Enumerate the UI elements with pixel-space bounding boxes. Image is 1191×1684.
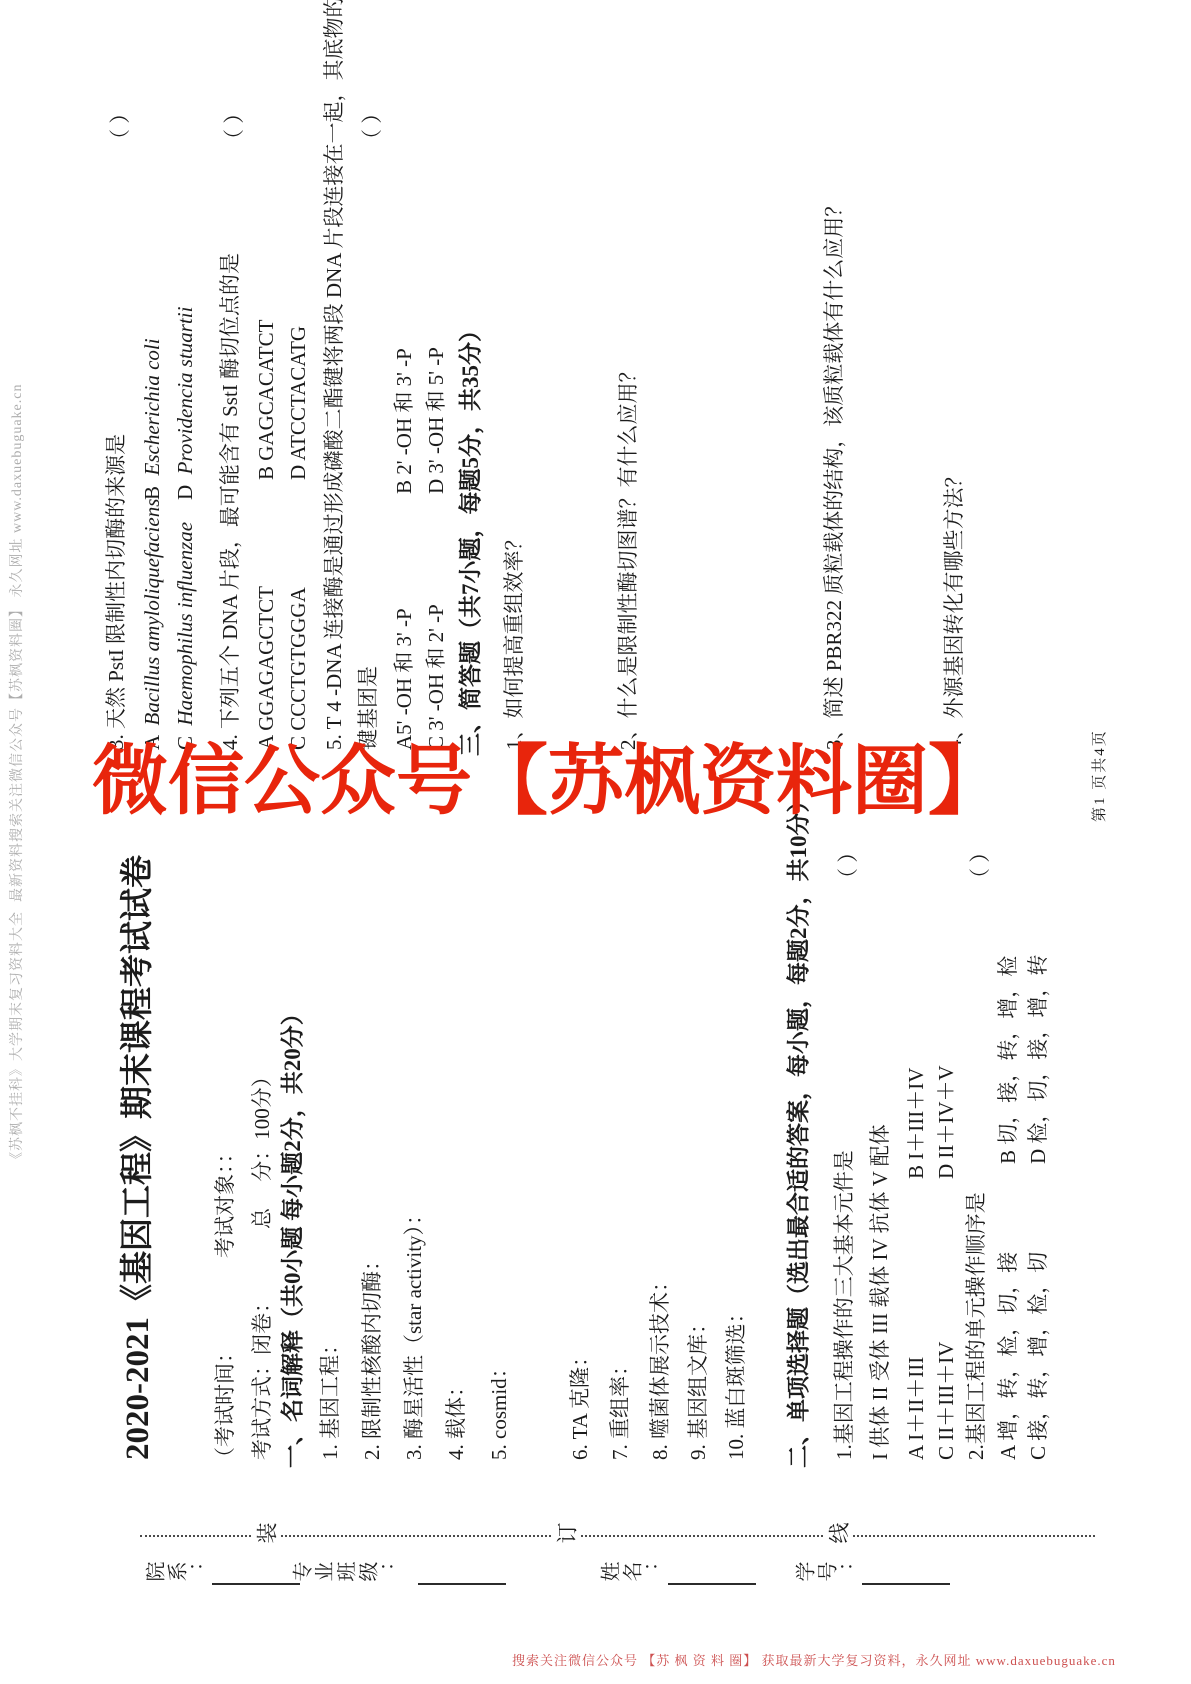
mcq2-answer-bracket: （ ）	[964, 842, 994, 889]
mcq4-answer-bracket: （ ）	[218, 103, 248, 150]
mcq3-option-b: B Escherichia coli	[140, 338, 164, 500]
mcq1-options-cd: C II＋III＋IV D II＋IV＋V	[934, 1065, 958, 1460]
mcq5-option-d: D 3' -OH 和 5' -P	[424, 347, 448, 494]
mcq3-option-d-species: Providencia stuartii	[173, 307, 197, 475]
mcq3-option-d: D Providencia stuartii	[173, 307, 197, 500]
term-1: 1. 基因工程：	[318, 1334, 342, 1460]
mcq1-option-a: A I＋II＋III	[904, 1179, 928, 1460]
mcq1-answer-bracket: （ ）	[832, 842, 862, 889]
short-answer-1: 1、如何提高重组效率？	[502, 530, 526, 751]
mcq5-option-c: C 3' -OH 和 2' -P	[424, 494, 448, 750]
mcq1-elements: I 供体 II 受体 III 载体 IV 抗体 V 配体	[868, 1124, 892, 1460]
term-9: 9. 基因组文库：	[686, 1313, 710, 1460]
binding-char-zhuang: 装	[252, 1518, 281, 1550]
mcq3-answer-bracket: （ ）	[104, 103, 134, 150]
exam-page-rotated: 《苏枫不挂科》大学期末复习资料大全 最新资料搜索关注微信公众号【苏枫资料圈】 永…	[0, 0, 1191, 1684]
term-2: 2. 限制性核酸内切酶：	[360, 1250, 384, 1460]
bottom-red-promo-text: 搜索关注微信公众号 【苏 枫 资 料 圈】 获取最新大学复习资料，永久网址 ww…	[512, 1650, 1116, 1669]
field-label-department: 院系：	[145, 1559, 211, 1588]
mcq1-option-c: C II＋III＋IV	[934, 1179, 958, 1460]
mcq3-options-cd: C Haemophilus influenzae D Providencia s…	[173, 307, 197, 750]
term-3: 3. 酶星活性（star activity）：	[402, 1204, 426, 1460]
mcq4-stem: 4. 下列五个 DNA 片段，最可能含有 SstI 酶切位点的是	[218, 253, 242, 750]
field-blank-major-class	[418, 1583, 506, 1585]
field-blank-department	[212, 1583, 300, 1585]
mcq2-options-ab: A 增，转，检，切，接 B 切，接，转，增，检	[996, 956, 1020, 1460]
mcq1-option-b: B I＋III＋IV	[904, 1068, 928, 1179]
mcq4-options-cd: C CCCTGTGGGA D ATCCTACATG	[286, 326, 310, 750]
term-7: 7. 重组率：	[608, 1355, 632, 1460]
mcq5-stem-line1: 5. T 4 -DNA 连接酶是通过形成磷酸二酯键将两段 DNA 片段连接在一起…	[322, 0, 346, 750]
field-blank-name	[668, 1583, 756, 1585]
mcq1-option-d: D II＋IV＋V	[934, 1065, 958, 1179]
mcq3-option-a: A Bacillus amyloliquefaciens	[140, 500, 164, 750]
short-answer-3: 3、简述 PBR322 质粒载体的结构，该质粒载体有什么应用？	[822, 196, 846, 750]
mcq5-options-cd: C 3' -OH 和 2' -P D 3' -OH 和 5' -P	[424, 347, 448, 750]
mcq4-option-a: A GGAGAGCTCT	[254, 480, 278, 750]
mcq3-options-ab: A Bacillus amyloliquefaciens B Escherich…	[140, 338, 164, 750]
binding-char-ding: 订	[552, 1518, 581, 1550]
short-answer-4: 4、外源基因转化有哪些方法？	[942, 467, 966, 751]
mcq1-stem: 1.基因工程操作的三大基本元件是	[832, 1150, 856, 1460]
term-4: 4. 载体：	[444, 1376, 468, 1460]
mcq2-options-cd: C 接，转，增，检，切 D 检，切，接，增，转	[1026, 955, 1050, 1460]
section1-heading: 一、名词解释（共0小题 每小题2分，共20分）	[280, 1002, 306, 1468]
exam-title: 2020-2021《基因工程》期末课程考试试卷	[120, 855, 158, 1460]
mcq4-option-d: D ATCCTACATG	[286, 326, 310, 480]
mcq3-stem: 3. 天然 PstI 限制性内切酶的来源是	[104, 434, 128, 750]
mcq5-option-a: A5' -OH 和 3' -P	[392, 494, 416, 750]
top-gray-promo-note: 《苏枫不挂科》大学期末复习资料大全 最新资料搜索关注微信公众号【苏枫资料圈】 永…	[6, 384, 26, 1167]
term-5: 5. cosmid：	[487, 1357, 511, 1460]
mcq4-options-ab: A GGAGAGCTCT B GAGCACATCT	[254, 320, 278, 750]
term-8: 8. 噬菌体展示技术：	[648, 1271, 672, 1460]
large-red-watermark: 微信公众号【苏枫资料圈】	[92, 720, 1004, 829]
binding-dotted-line	[140, 1535, 1095, 1537]
term-6: 6. TA 克隆：	[568, 1346, 592, 1460]
mcq5-answer-bracket: （ ）	[356, 103, 386, 150]
mcq4-option-c: C CCCTGTGGGA	[286, 480, 310, 750]
mcq3-option-b-species: Escherichia coli	[140, 338, 164, 475]
term-10: 10. 蓝白斑筛选：	[724, 1303, 748, 1461]
mcq3-option-c-species: Haemophilus influenzae	[173, 522, 197, 726]
mcq2-option-a: A 增，转，检，切，接	[996, 1164, 1020, 1460]
info-line-time-target: （考试时间： 考试对象：：	[213, 1143, 237, 1469]
mcq5-options-ab: A5' -OH 和 3' -P B 2' -OH 和 3' -P	[392, 348, 416, 750]
field-label-student-id: 学号：	[795, 1559, 861, 1588]
field-label-major-class: 专业班级：	[292, 1559, 402, 1588]
mcq5-option-b: B 2' -OH 和 3' -P	[392, 348, 416, 494]
scanned-exam-screenshot: 《苏枫不挂科》大学期末复习资料大全 最新资料搜索关注微信公众号【苏枫资料圈】 永…	[0, 0, 1191, 1684]
mcq2-option-d: D 检，切，接，增，转	[1026, 955, 1050, 1164]
page-number: 第1 页共4页	[1088, 729, 1109, 822]
mcq3-option-a-species: Bacillus amyloliquefaciens	[140, 499, 164, 726]
mcq2-option-c: C 接，转，增，检，切	[1026, 1164, 1050, 1460]
mcq2-stem: 2.基因工程的单元操作顺序是	[964, 1192, 988, 1460]
section3-heading: 三、简答题（共7小题，每题5分，共35分）	[458, 319, 484, 756]
section2-heading: 二、单项选择题（选出最合适的答案，每小题，每题2分，共10分）	[786, 790, 812, 1469]
info-line-method-score: 考试方式：闭卷： 总 分：100分）	[250, 1066, 274, 1460]
mcq3-option-c: C Haemophilus influenzae	[173, 500, 197, 750]
mcq4-option-b: B GAGCACATCT	[254, 320, 278, 480]
mcq1-options-ab: A I＋II＋III B I＋III＋IV	[904, 1068, 928, 1460]
mcq2-option-b: B 切，接，转，增，检	[996, 956, 1020, 1164]
short-answer-2: 2、什么是限制性酶切图谱？有什么应用？	[616, 362, 640, 751]
field-label-name: 姓名：	[600, 1559, 666, 1588]
field-blank-student-id	[862, 1583, 950, 1585]
binding-char-xian: 线	[824, 1518, 853, 1550]
